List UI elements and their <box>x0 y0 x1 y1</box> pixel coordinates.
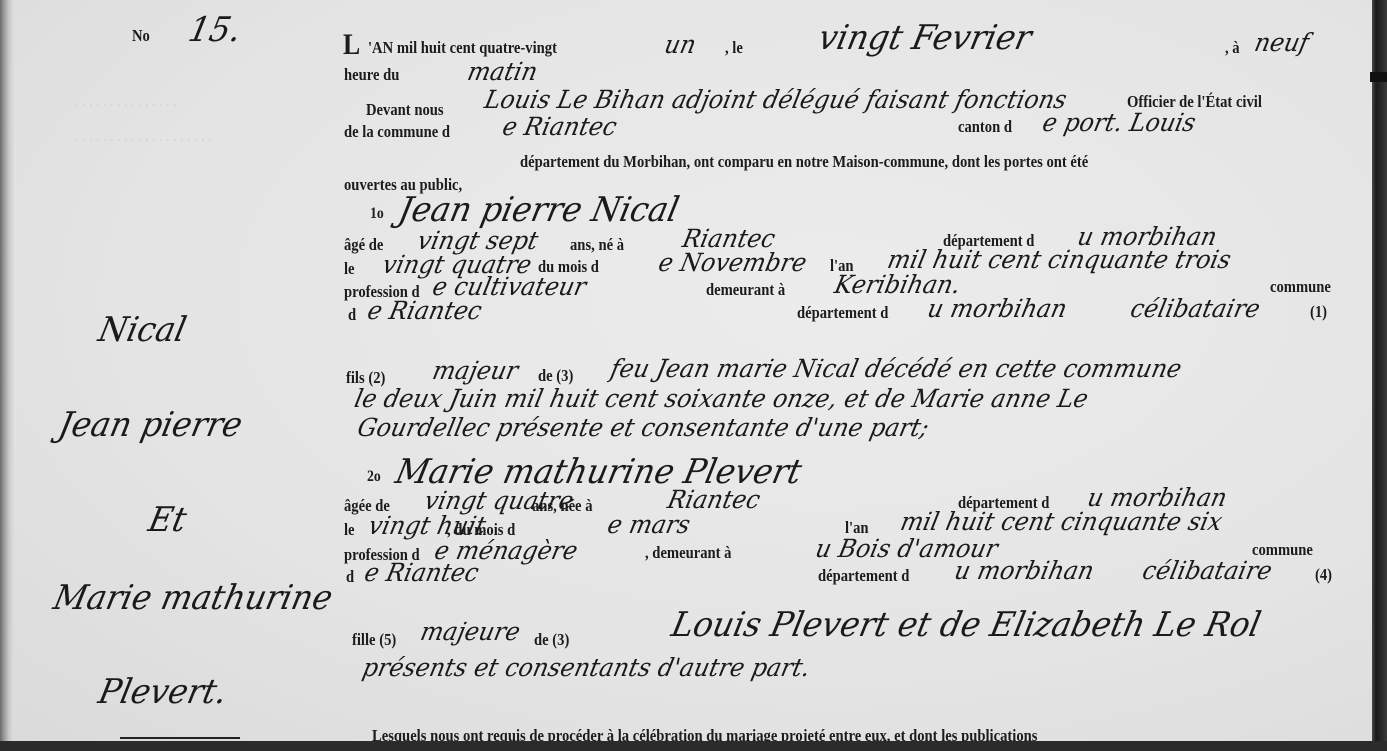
groom-dept2: u morbihan <box>925 294 1070 323</box>
bride-birth-year: mil huit cent cinquante six <box>898 507 1225 536</box>
printed-text: commune <box>1270 277 1331 297</box>
margin-firstname-bride: Marie mathurine <box>50 578 336 618</box>
printed-text: de (3) <box>538 366 573 386</box>
groom-commune: e Riantec <box>365 296 485 325</box>
printed-text: fille (5) <box>352 630 396 650</box>
bride-parents-line1: Louis Plevert et de Elizabeth Le Rol <box>668 605 1264 645</box>
hw-time-of-day: matin <box>465 57 540 86</box>
bride-marital-status: célibataire <box>1140 556 1275 585</box>
groom-marital-status: célibataire <box>1128 294 1263 323</box>
bride-parents-line2: présents et consentants d'autre part. <box>360 653 813 682</box>
printed-text: ans, né à <box>570 235 624 255</box>
hw-commune: e Riantec <box>500 112 620 141</box>
printed-text: d <box>346 567 354 587</box>
printed-text: ans, née à <box>532 496 593 516</box>
printed-text: , à <box>1225 38 1240 58</box>
printed-text: Devant nous <box>366 100 444 120</box>
printed-text: heure du <box>344 65 399 85</box>
groom-parents-line1: feu Jean marie Nical décédé en cette com… <box>608 354 1184 383</box>
bride-commune: e Riantec <box>362 558 482 587</box>
hw-date: vingt Fevrier <box>815 18 1035 58</box>
printed-text: âgé de <box>344 235 383 255</box>
note-ref: (4) <box>1315 565 1332 585</box>
printed-text: le <box>344 259 355 279</box>
margin-surname-groom: Nical <box>95 310 190 350</box>
printed-text: de la commune d <box>344 122 450 142</box>
printed-text: , le <box>725 38 743 58</box>
bleed-through-text: . . . . . . . . . . . . . . . . . . . . <box>75 130 212 146</box>
hw-canton: e port. Louis <box>1040 108 1198 137</box>
margin-underline <box>120 737 240 739</box>
printed-text: département du Morbihan, ont comparu en … <box>520 152 1088 172</box>
groom-index: 1o <box>370 205 384 223</box>
margin-firstname-groom: Jean pierre <box>55 405 246 445</box>
bride-birth-month: e mars <box>605 510 693 539</box>
bride-dept2: u morbihan <box>952 556 1097 585</box>
printed-text: demeurant à <box>706 280 785 300</box>
printed-text: d <box>348 305 356 325</box>
groom-birth-month: e Novembre <box>656 248 809 277</box>
viewer-bottom-bar <box>0 741 1387 751</box>
printed-text: canton d <box>958 117 1012 137</box>
bride-majority: majeure <box>418 617 523 646</box>
bleed-through-text: . . . . . . . . . . . . . . . <box>75 95 177 111</box>
groom-parents-line2: le deux Juin mil huit cent soixante onze… <box>352 384 1091 413</box>
printed-text: département d <box>818 566 909 586</box>
printed-text: département d <box>797 303 888 323</box>
hw-officer: Louis Le Bihan adjoint délégué faisant f… <box>482 85 1070 114</box>
printed-text: de (3) <box>534 630 569 650</box>
margin-surname-bride: Plevert. <box>95 672 231 712</box>
act-number-value: 15. <box>185 10 245 50</box>
act-number-label: No <box>132 26 150 46</box>
groom-parents-line3: Gourdellec présente et consentante d'une… <box>355 413 932 442</box>
printed-text: , demeurant à <box>645 543 731 563</box>
printed-text: 'AN mil huit cent quatre-vingt <box>368 38 557 58</box>
page-right-edge <box>1372 0 1387 741</box>
note-ref: (1) <box>1310 302 1327 322</box>
groom-majority: majeur <box>430 356 521 385</box>
groom-name: Jean pierre Nical <box>395 190 683 230</box>
hw-hour: neuf <box>1252 28 1312 57</box>
printed-text: le <box>344 520 355 540</box>
page-binding-edge <box>0 0 14 741</box>
bride-index: 2o <box>367 468 381 486</box>
hw-year: un <box>662 30 699 59</box>
drop-cap: L <box>343 30 360 60</box>
